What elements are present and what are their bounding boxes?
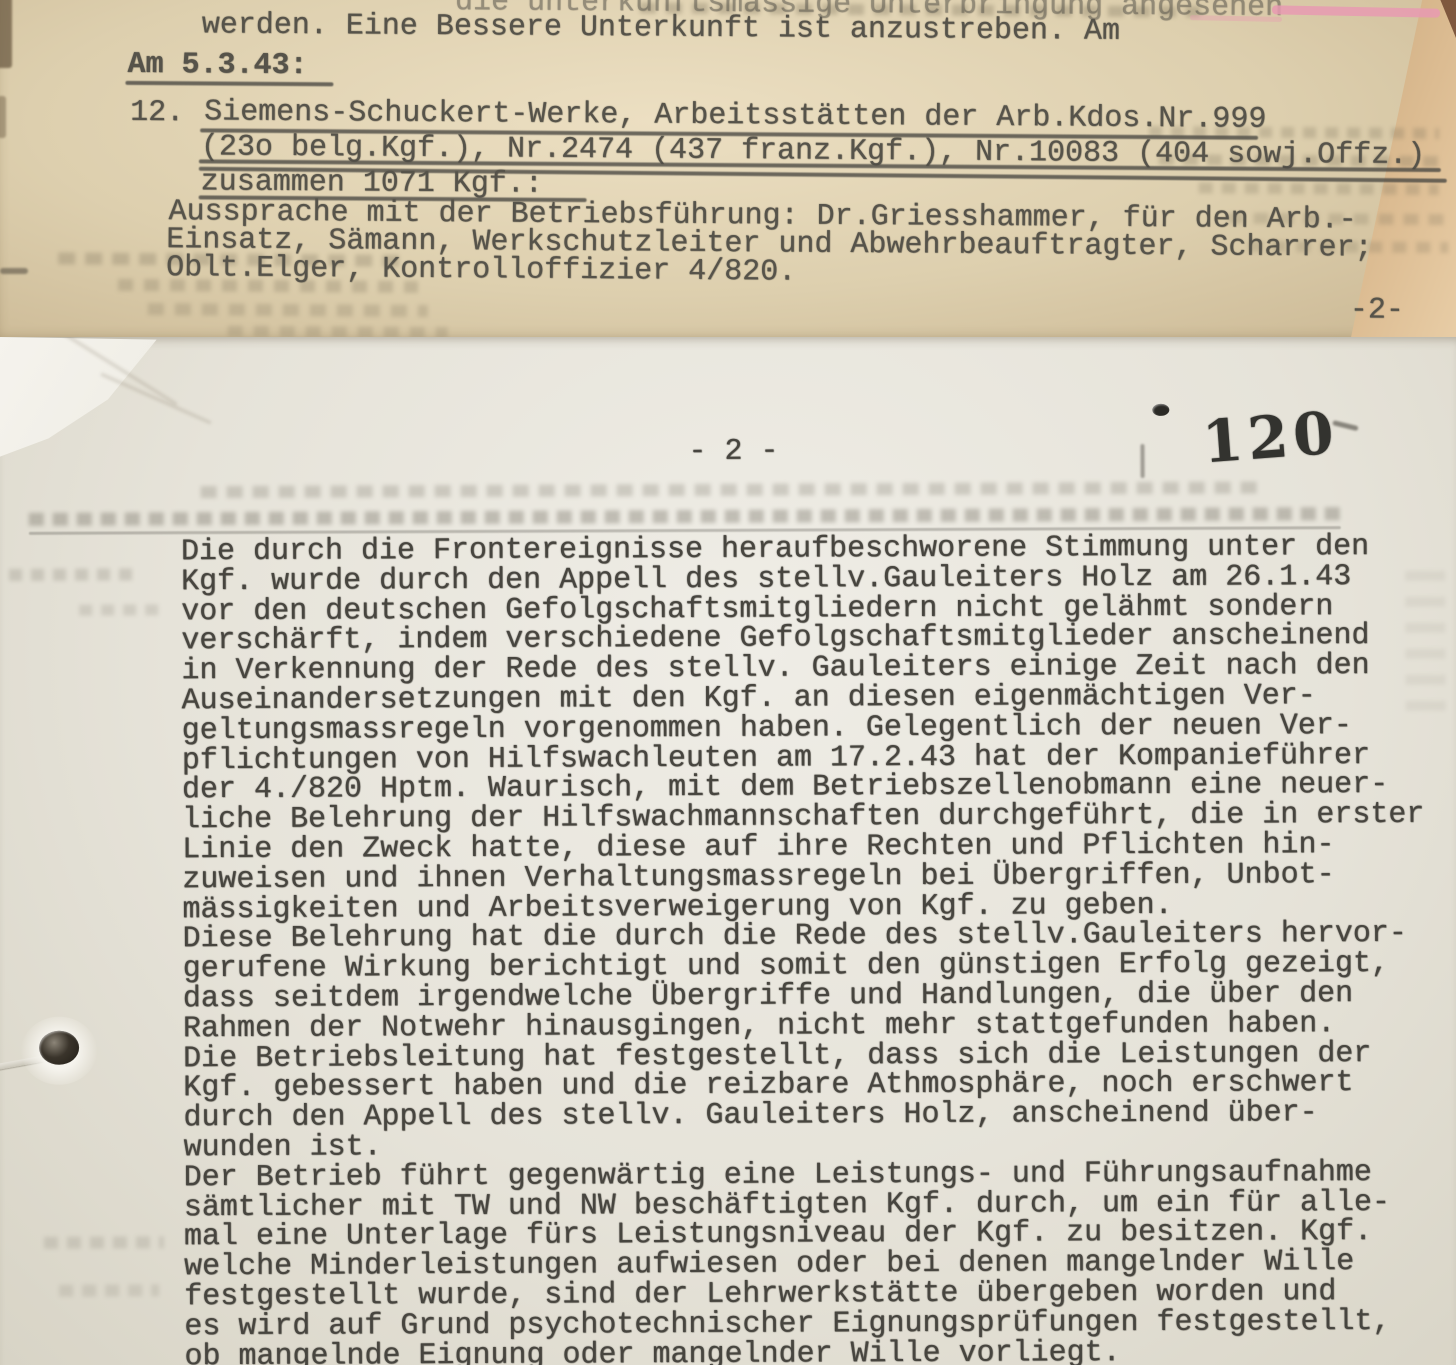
bleedthrough-smudge — [29, 507, 1341, 526]
bleedthrough-smudge — [148, 303, 428, 317]
margin-smudge — [9, 568, 139, 581]
typewritten-line: wunden ist. — [183, 1132, 381, 1163]
typewritten-line: ob mangelnde Eignung oder mangelnder Wil… — [184, 1338, 1120, 1365]
tick-mark — [1140, 444, 1144, 478]
margin-smudge — [1405, 571, 1446, 711]
date-heading: Am 5.3.43: — [127, 50, 307, 81]
typewritten-line: durch den Appell des stellv. Gauleiters … — [183, 1098, 1317, 1133]
margin-smudge — [79, 604, 159, 615]
scanned-document-photo: { "document": { "description": "Scanned … — [0, 0, 1456, 1365]
bleedthrough-smudge — [201, 482, 1261, 499]
page1-page-number: -2- — [1350, 295, 1404, 325]
margin-dash-mark — [0, 268, 28, 274]
item-number: 12. — [130, 98, 184, 128]
underline — [125, 81, 333, 86]
page2-page-number: - 2 - — [688, 437, 778, 467]
typewritten-line: Oblt.Elger, Kontrolloffizier 4/820. — [166, 253, 796, 287]
archive-stamp-number: 120 — [1200, 399, 1341, 477]
margin-smudge — [59, 1284, 159, 1296]
paper-edge-mark — [0, 0, 12, 68]
bleedthrough-smudge — [1199, 182, 1439, 195]
page2-sheet: - 2 - 120 Die durch die Frontereignisse … — [0, 337, 1456, 1365]
margin-smudge — [44, 1236, 164, 1249]
punch-hole — [39, 1031, 79, 1065]
paper-edge-mark — [0, 96, 6, 138]
ink-dot — [1152, 404, 1169, 416]
page1-sheet: die unterkunftsmässige Unterbringung ang… — [0, 0, 1456, 345]
typewritten-line: werden. Eine Bessere Unterkunft ist anzu… — [202, 10, 1120, 46]
